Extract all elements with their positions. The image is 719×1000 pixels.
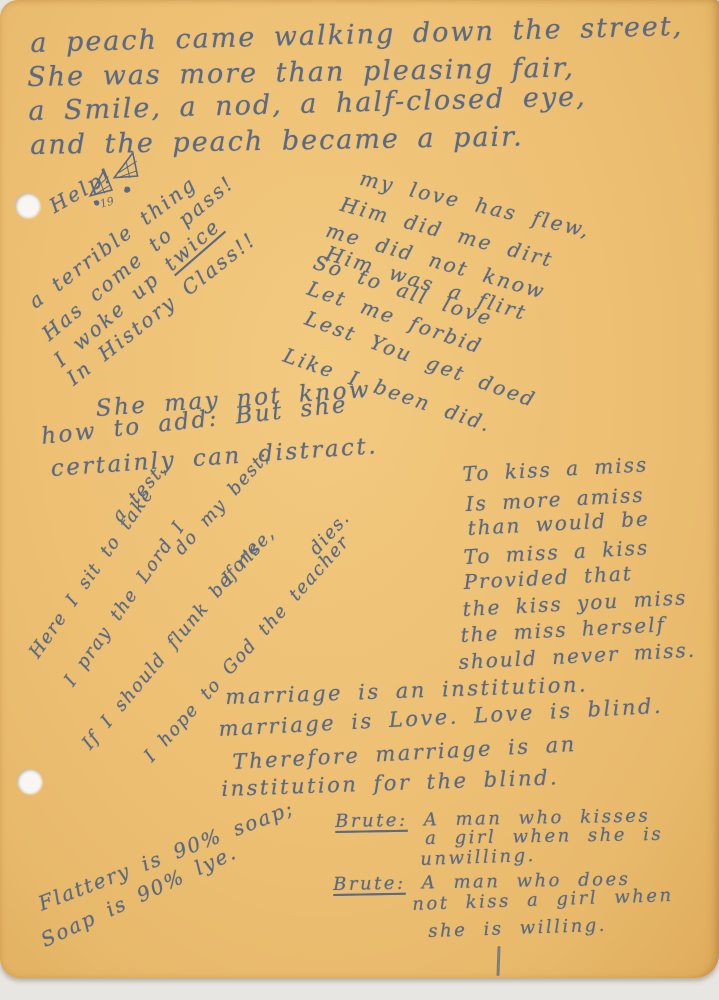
- handwritten-line: certainly can distract.: [50, 433, 379, 482]
- handwritten-line: I woke up twice: [49, 213, 225, 371]
- handwritten-line: Therefore marriage is an: [232, 732, 577, 774]
- handwritten-line: she is willing.: [428, 915, 607, 942]
- hole-punch-top: [15, 193, 40, 218]
- handwritten-line: Soap is 90% lye.: [37, 840, 241, 952]
- handwritten-line: than would be: [467, 506, 650, 540]
- handwritten-line: I pray the Lord I: [60, 517, 190, 690]
- handwritten-line: institution for the blind.: [221, 765, 559, 801]
- handwritten-line: Him did me dirt: [338, 192, 557, 272]
- handwritten-line: She may not know: [95, 377, 372, 422]
- handwritten-line: Like I been did.: [280, 343, 495, 437]
- handwritten-line: dies.: [305, 508, 354, 559]
- handwritten-line: a test,: [108, 458, 172, 526]
- handwritten-line: the kiss you miss: [462, 585, 688, 621]
- note-test-poem: Here I sit to takea test,I pray the Lord…: [0, 0, 719, 978]
- handwritten-line: Here I sit to take: [25, 484, 158, 662]
- handwritten-line: Brute: A man who does: [333, 869, 631, 895]
- note-brute-definitions: Brute: A man who kissesa girl when she i…: [0, 0, 719, 978]
- handwritten-line: and the peach became a pair.: [30, 121, 524, 161]
- handwritten-line: I rise,: [218, 523, 279, 588]
- stray-ink-mark: [496, 946, 500, 976]
- handwritten-line: the miss herself: [460, 612, 667, 647]
- note-kiss-a-miss-poem: To kiss a missIs more amissthan would be…: [0, 0, 719, 978]
- note-peach-poem: a peach came walking down the street,She…: [0, 0, 719, 978]
- notebook-page: a peach came walking down the street,She…: [0, 0, 719, 978]
- handwritten-line: my love has flew,: [358, 166, 594, 243]
- handwritten-line: Provided that: [463, 561, 633, 594]
- handwritten-line: Brute: A man who kisses: [335, 806, 650, 832]
- handwritten-line: a Smile, a nod, a half-closed eye,: [28, 81, 587, 127]
- handwritten-line: I hope to God the teacher: [140, 532, 354, 767]
- handwritten-line: In History Class!!: [62, 227, 261, 390]
- handwritten-line: how to add: But she: [40, 392, 349, 450]
- note-my-love-poem: my love has flew,Him did me dirtme did n…: [0, 0, 719, 978]
- handwritten-line: me did not know: [323, 218, 548, 304]
- handwritten-line: unwilling.: [420, 845, 536, 870]
- handwritten-line: Is more amiss: [465, 483, 645, 516]
- handwritten-line: If I should flunk before: [78, 536, 265, 753]
- handwritten-line: marriage is an institution.: [225, 672, 588, 709]
- handwritten-line: Flattery is 90% soap;: [35, 796, 297, 916]
- handwritten-line: Let me forbid: [304, 276, 486, 359]
- handwritten-line: Him was a flirt: [323, 241, 530, 325]
- handwritten-line: Lest You get doed: [302, 306, 540, 412]
- hole-punch-bottom: [17, 769, 42, 794]
- handwritten-line: not kiss a girl when: [412, 885, 674, 915]
- handwritten-line: So to all love: [311, 250, 496, 331]
- handwritten-line: To miss a kiss: [463, 535, 650, 569]
- handwritten-line: To kiss a miss: [462, 452, 649, 486]
- handwritten-line: She was more than pleasing fair,: [27, 52, 575, 93]
- handwritten-line: Has come to pass!: [37, 170, 239, 345]
- note-add-distract: She may not knowhow to add: But shecerta…: [0, 0, 719, 978]
- note-help-history-class: Help!a terrible thingHas come to pass!I …: [0, 0, 719, 978]
- note-flattery-soap: Flattery is 90% soap;Soap is 90% lye.: [0, 0, 719, 978]
- handwritten-line: do my best;: [170, 447, 274, 559]
- handwritten-line: a peach came walking down the street,: [30, 11, 684, 59]
- exclamation-doodle-right: [106, 147, 148, 199]
- handwritten-line: should never miss.: [458, 638, 697, 674]
- handwritten-line: a girl when she is: [425, 824, 663, 849]
- note-marriage-institution: marriage is an institution.marriage is L…: [0, 0, 719, 978]
- handwritten-line: marriage is Love. Love is blind.: [218, 694, 664, 741]
